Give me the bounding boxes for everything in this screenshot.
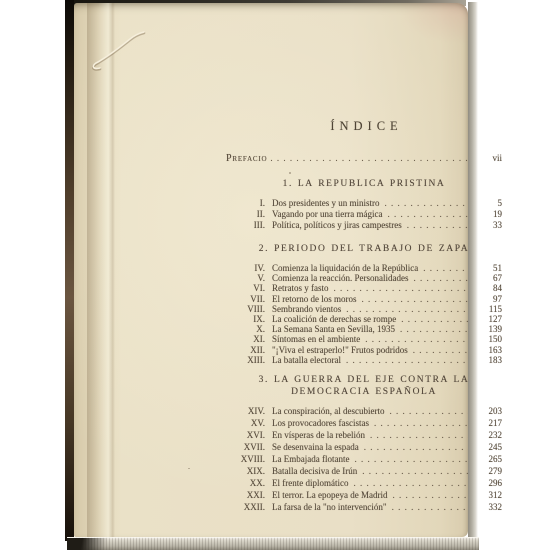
thread-artifact — [88, 26, 152, 72]
chapter-page-number: 84 — [476, 283, 502, 293]
preface-row: Prefacio vii — [226, 153, 502, 165]
chapter-page-number: 312 — [476, 489, 502, 501]
toc-row: XIII. La batalla electoral 183 — [226, 355, 502, 365]
chapter-title: Batalla decisiva de Irún — [272, 465, 359, 477]
chapter-title: Los provocadores fascistas — [272, 417, 371, 429]
toc-row: X. La Semana Santa en Sevilla, 1935 139 — [226, 324, 502, 334]
bottom-shadow — [67, 538, 117, 550]
chapter-page-number: 332 — [476, 501, 502, 513]
chapter-numeral: X. — [226, 324, 272, 334]
chapter-title: Política, políticos y jiras campestres — [272, 220, 404, 231]
chapter-title: Dos presidentes y un ministro — [272, 198, 382, 209]
section-heading: 2. PERIODO DEL TRABAJO DE ZAPA — [226, 244, 502, 255]
chapter-page-number: 183 — [476, 355, 502, 365]
page-title: ÍNDICE — [226, 121, 502, 132]
chapter-page-number: 217 — [476, 417, 502, 429]
toc-row: XI. Síntomas en el ambiente 150 — [226, 334, 502, 344]
chapter-page-number: 279 — [476, 465, 502, 477]
toc-row: XIV. La conspiración, al descubierto 203 — [226, 405, 502, 417]
chapter-title: Vagando por una tierra mágica — [272, 209, 384, 220]
toc-section: 2. PERIODO DEL TRABAJO DE ZAPA IV. Comie… — [226, 244, 502, 366]
chapter-numeral: XIV. — [226, 405, 272, 417]
dot-leader — [362, 465, 473, 477]
chapter-title: Síntomas en el ambiente — [272, 334, 362, 344]
toc-row: XV. Los provocadores fascistas 217 — [226, 417, 502, 429]
chapter-numeral: XI. — [226, 334, 272, 344]
toc-row: I. Dos presidentes y un ministro 5 — [226, 198, 502, 209]
toc-row: XII. "¡Viva el estraperlo!" Frutos podri… — [226, 345, 502, 355]
chapter-title: Retratos y fasto — [272, 283, 331, 293]
chapter-numeral: III. — [226, 220, 272, 231]
chapter-page-number: 67 — [476, 273, 502, 283]
toc-row: XVI. En vísperas de la rebelión 232 — [226, 429, 502, 441]
chapter-numeral: IV. — [226, 263, 272, 273]
paper-speck — [188, 468, 190, 469]
chapter-title: La batalla electoral — [272, 355, 343, 365]
dot-leader — [362, 294, 474, 304]
dot-leader — [346, 355, 473, 365]
chapter-numeral: II. — [226, 209, 272, 220]
dot-leader — [346, 304, 473, 314]
section-heading: 3. LA GUERRA DEL EJE CONTRA LADEMOCRACIA… — [226, 374, 502, 398]
chapter-title: El terror. La epopeya de Madrid — [272, 489, 389, 501]
chapter-page-number: 5 — [476, 198, 502, 209]
chapter-page-number: 203 — [476, 405, 502, 417]
chapter-title: La Semana Santa en Sevilla, 1935 — [272, 324, 397, 334]
dot-leader — [392, 501, 473, 513]
toc-row: III. Política, políticos y jiras campest… — [226, 220, 502, 231]
chapter-numeral: VIII. — [226, 304, 272, 314]
chapter-page-number: 51 — [476, 263, 502, 273]
toc-row: XIX. Batalla decisiva de Irún 279 — [226, 465, 502, 477]
dot-leader — [334, 283, 474, 293]
toc-row: IV. Comienza la liquidación de la Repúbl… — [226, 263, 502, 273]
chapter-page-number: 127 — [476, 314, 502, 324]
chapter-title: La coalición de derechas se rompe — [272, 314, 398, 324]
chapter-numeral: V. — [226, 273, 272, 283]
chapter-title: "¡Viva el estraperlo!" Frutos podridos — [272, 345, 410, 355]
chapter-page-number: 245 — [476, 441, 502, 453]
chapter-title: El retorno de los moros — [272, 294, 359, 304]
chapter-numeral: VI. — [226, 283, 272, 293]
chapter-title: El frente diplomático — [272, 477, 350, 489]
chapter-page-number: 296 — [476, 477, 502, 489]
chapter-title: Se desenvaina la espada — [272, 441, 361, 453]
toc-sections: 1. LA REPUBLICA PRISTINA I. Dos presiden… — [226, 179, 502, 513]
chapter-numeral: XVI. — [226, 429, 272, 441]
dot-leader — [413, 345, 473, 355]
chapter-numeral: XV. — [226, 417, 272, 429]
chapter-numeral: XIII. — [226, 355, 272, 365]
paper-speck — [289, 172, 291, 174]
dot-leader — [374, 417, 473, 429]
book-spine-edge — [65, 0, 74, 541]
dot-leader — [385, 198, 474, 209]
toc-row: XVII. Se desenvaina la espada 245 — [226, 441, 502, 453]
chapter-page-number: 33 — [476, 220, 502, 231]
chapter-title: Sembrando vientos — [272, 304, 343, 314]
dot-leader — [423, 263, 473, 273]
toc-section: 1. LA REPUBLICA PRISTINA I. Dos presiden… — [226, 179, 502, 231]
toc-row: XXII. La farsa de la "no intervención" 3… — [226, 501, 502, 513]
chapter-numeral: XXII. — [226, 501, 272, 513]
dot-leader — [364, 441, 473, 453]
chapter-title: La Embajada flotante — [272, 453, 351, 465]
dot-leader — [387, 209, 473, 220]
preface-label: Prefacio — [226, 154, 267, 165]
chapter-numeral: XXI. — [226, 489, 272, 501]
section-rows: XIV. La conspiración, al descubierto 203… — [226, 405, 502, 513]
chapter-title: Comienza la liquidación de la República — [272, 263, 420, 273]
chapter-page-number: 232 — [476, 429, 502, 441]
dot-leader — [353, 477, 473, 489]
section-rows: I. Dos presidentes y un ministro 5 II. V… — [226, 198, 502, 231]
toc-row: XXI. El terror. La epopeya de Madrid 312 — [226, 489, 502, 501]
toc-row: VI. Retratos y fasto 84 — [226, 283, 502, 293]
toc-row: VII. El retorno de los moros 97 — [226, 294, 502, 304]
dot-leader — [389, 405, 473, 417]
section-rows: IV. Comienza la liquidación de la Repúbl… — [226, 263, 502, 365]
chapter-page-number: 265 — [476, 453, 502, 465]
section-heading: 1. LA REPUBLICA PRISTINA — [226, 179, 502, 190]
toc-row: II. Vagando por una tierra mágica 19 — [226, 209, 502, 220]
chapter-page-number: 150 — [476, 334, 502, 344]
toc-section: 3. LA GUERRA DEL EJE CONTRA LADEMOCRACIA… — [226, 374, 502, 513]
book-page: ÍNDICE Prefacio vii 1. LA REPUBLICA PRIS… — [74, 3, 468, 537]
chapter-page-number: 115 — [476, 304, 502, 314]
dot-leader — [413, 273, 473, 283]
toc-row: V. Comienza la reacción. Personalidades … — [226, 273, 502, 283]
chapter-page-number: 139 — [476, 324, 502, 334]
chapter-numeral: XVIII. — [226, 453, 272, 465]
toc-row: IX. La coalición de derechas se rompe 12… — [226, 314, 502, 324]
chapter-title: En vísperas de la rebelión — [272, 429, 367, 441]
chapter-title: La conspiración, al descubierto — [272, 405, 386, 417]
toc-row: XX. El frente diplomático 296 — [226, 477, 502, 489]
page-cut-edge — [468, 2, 478, 539]
toc-row: VIII. Sembrando vientos 115 — [226, 304, 502, 314]
chapter-title: La farsa de la "no intervención" — [272, 501, 389, 513]
toc-row: XVIII. La Embajada flotante 265 — [226, 453, 502, 465]
preface-page-number: vii — [476, 153, 502, 164]
chapter-numeral: XIX. — [226, 465, 272, 477]
dot-leader — [365, 334, 473, 344]
chapter-numeral: XVII. — [226, 441, 272, 453]
chapter-numeral: I. — [226, 198, 272, 209]
chapter-numeral: IX. — [226, 314, 272, 324]
dot-leader — [392, 489, 473, 501]
chapter-page-number: 97 — [476, 294, 502, 304]
chapter-numeral: XII. — [226, 345, 272, 355]
dot-leader — [407, 220, 473, 231]
table-of-contents: ÍNDICE Prefacio vii 1. LA REPUBLICA PRIS… — [226, 121, 502, 513]
chapter-title: Comienza la reacción. Personalidades — [272, 273, 410, 283]
chapter-page-number: 19 — [476, 209, 502, 220]
chapter-page-number: 163 — [476, 345, 502, 355]
chapter-numeral: VII. — [226, 294, 272, 304]
dot-leader — [354, 453, 473, 465]
dot-leader — [401, 314, 473, 324]
dot-leader — [270, 153, 473, 164]
scanned-book-photo: ÍNDICE Prefacio vii 1. LA REPUBLICA PRIS… — [0, 0, 550, 550]
dot-leader — [400, 324, 473, 334]
chapter-numeral: XX. — [226, 477, 272, 489]
dot-leader — [370, 429, 473, 441]
book-bottom-page-edges — [67, 537, 479, 550]
